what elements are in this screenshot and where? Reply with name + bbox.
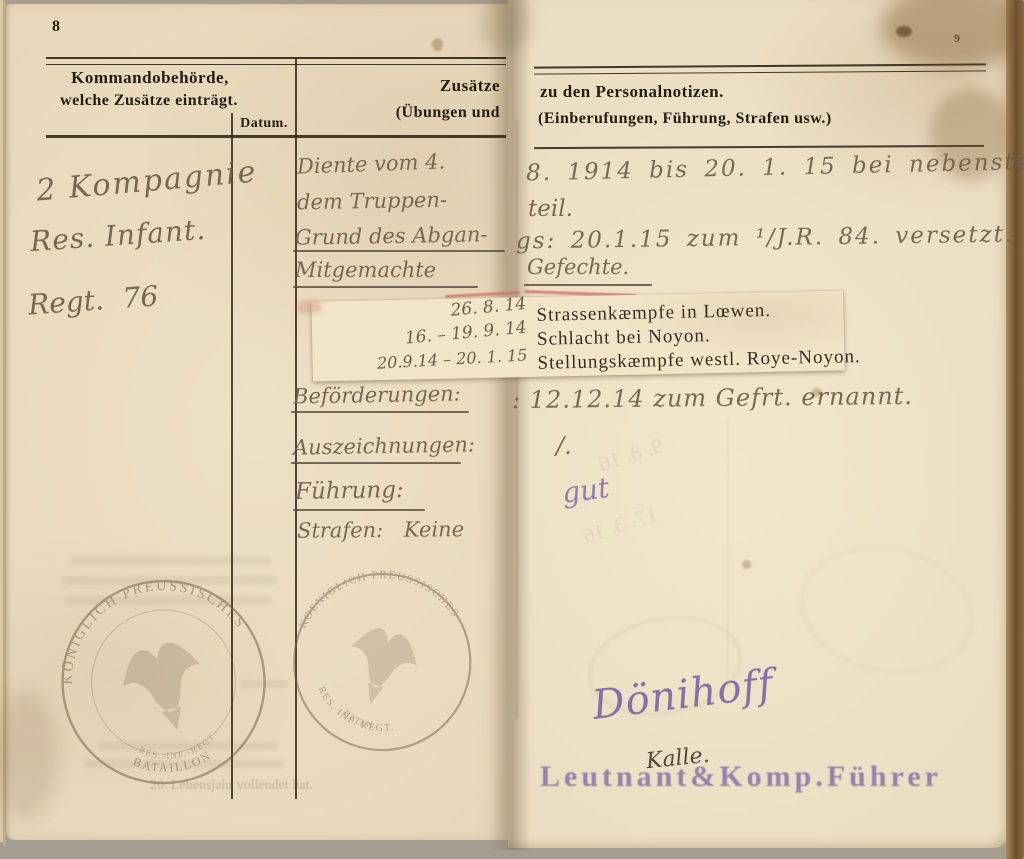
gutter-crease xyxy=(516,120,518,720)
pasted-battle-slip: 26. 8. 14 Strassenkæmpfe in Lœwen. 16. –… xyxy=(311,290,845,381)
header-personalnotizen-2: (Einberufungen, Führung, Strafen usw.) xyxy=(538,110,832,128)
ghost-bleedthrough xyxy=(62,576,277,585)
entry-mid-line-2: dem Truppen- xyxy=(297,188,447,215)
header-kommandobehoerde-1: Kommandobehörde, xyxy=(58,68,242,88)
slip-row-text: Stellungskæmpfe westl. Roye-Noyon. xyxy=(537,346,861,375)
underline xyxy=(291,411,469,413)
ghost-bleedthrough xyxy=(84,760,284,768)
entry-mid-line-3: Grund des Abgan- xyxy=(295,222,488,249)
underline xyxy=(293,250,505,252)
ghost-bleedthrough-text: 20. Lebensjahr vollendet hat. xyxy=(150,778,313,794)
gutter-shadow xyxy=(489,0,531,850)
slip-row-text: Schlacht bei Noyon. xyxy=(537,325,711,351)
entry-befoerderungen-label: Beförderungen: xyxy=(293,382,461,409)
page-number-left: 8 xyxy=(52,18,61,36)
header-datum-label: Datum. xyxy=(234,116,294,132)
header-bottom-rule-left xyxy=(46,135,506,138)
entry-befoerderung-value: : 12.12.14 zum Gefrt. ernannt. xyxy=(512,382,913,414)
entry-fuehrung-label: Führung: xyxy=(295,477,404,505)
entry-mid-line-4: Mitgemachte xyxy=(295,258,436,282)
underline xyxy=(293,286,478,288)
underline xyxy=(291,462,461,464)
table-top-rule-left xyxy=(46,57,506,65)
ghost-bleedthrough xyxy=(98,742,278,750)
ghost-bleedthrough xyxy=(66,596,271,605)
page-number-right: 9 xyxy=(954,31,961,46)
entry-auszeichnungen-label: Auszeichnungen: xyxy=(293,432,475,459)
stamp-leutnant-komp-fuehrer: Leutnant&Komp.Führer xyxy=(540,760,942,794)
slip-row-text: Strassenkæmpfe in Lœwen. xyxy=(536,300,771,327)
underline xyxy=(524,284,652,286)
header-personalnotizen-1: zu den Personalnotizen. xyxy=(540,82,724,102)
scanned-militaerpass-spread: 8 9 Kommandobehörde, welche Zusätze eint… xyxy=(0,0,1024,859)
svg-text:RES. INF. REGT.: RES. INF. REGT. xyxy=(308,683,403,740)
ghost-bleedthrough xyxy=(70,556,270,565)
ghost-bleedthrough xyxy=(240,680,288,688)
stamp-eagle-icon xyxy=(337,622,423,714)
entry-right-line-2: teil. xyxy=(528,196,573,222)
stamp-eagle-icon xyxy=(115,636,216,741)
book-cover-edge xyxy=(1006,0,1024,859)
underline xyxy=(293,509,425,511)
header-zusaetze-1: Zusätze xyxy=(370,76,500,96)
entry-auszeichnung-value: /. xyxy=(556,432,572,460)
header-kommandobehoerde-2: welche Zusätze einträgt. xyxy=(44,92,254,110)
entry-right-line-4: Gefechte. xyxy=(527,255,629,279)
header-zusaetze-2: (Übungen und xyxy=(352,104,500,122)
